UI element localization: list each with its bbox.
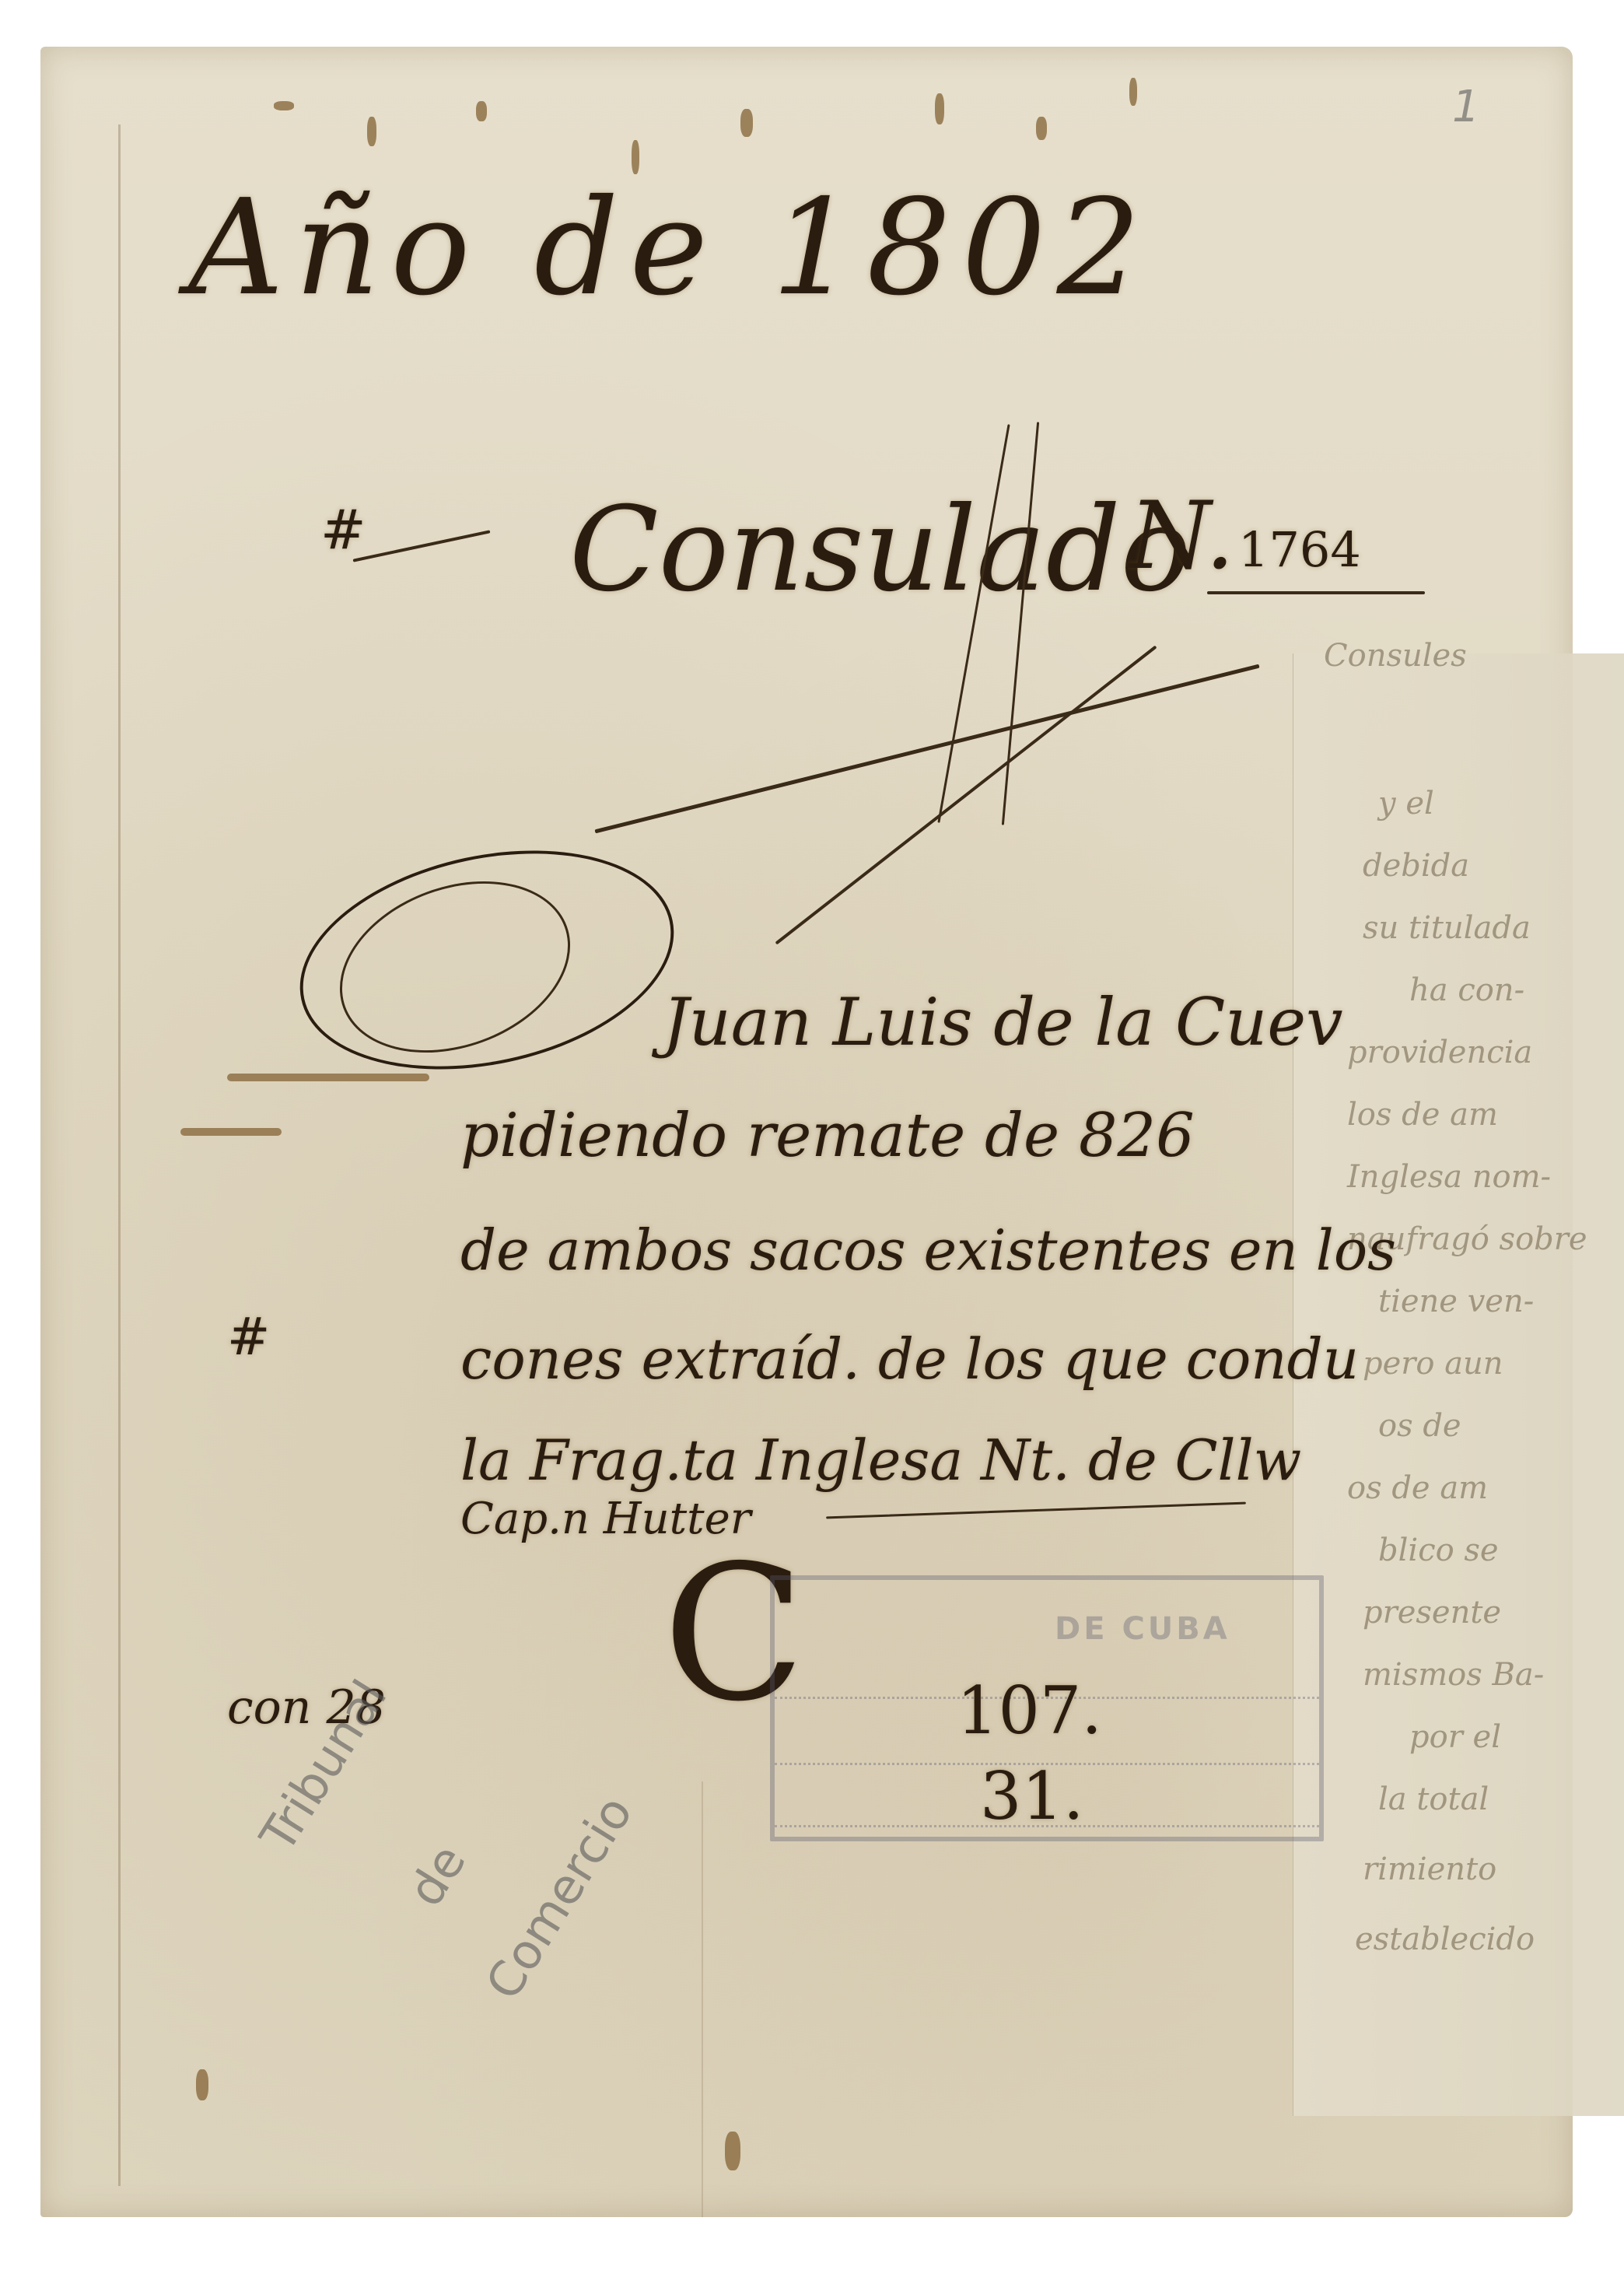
- bleed-through-line: pero aun: [1363, 1346, 1503, 1382]
- body-line-request: pidiendo remate de 826: [460, 1101, 1195, 1171]
- bleed-through-line: y el: [1378, 786, 1434, 821]
- bleed-through-line: por el: [1409, 1719, 1501, 1755]
- corner-page-number: 1: [1452, 82, 1480, 132]
- number-underline: [1207, 591, 1425, 594]
- paper-damage: [274, 101, 294, 110]
- margin-tick-stroke: [353, 530, 491, 562]
- bleed-through-line: su titulada: [1363, 910, 1531, 946]
- body-line-sacks: de ambos sacos existentes en los: [460, 1217, 1396, 1283]
- flourish-stroke: [594, 664, 1259, 834]
- body-line-petitioner: Juan Luis de la Cuev: [663, 984, 1343, 1060]
- paper-damage: [196, 2069, 208, 2100]
- bleed-through-line: establecido: [1355, 1921, 1535, 1957]
- paper-damage: [632, 140, 639, 174]
- bleed-through-line: presente: [1363, 1595, 1501, 1631]
- bleed-through-line: os de: [1378, 1408, 1461, 1444]
- bottom-fold-line: [702, 1781, 703, 2217]
- spine-fold-line: [118, 124, 121, 2186]
- bleed-through-line: tiene ven-: [1378, 1284, 1534, 1319]
- bleed-through-line: debida: [1363, 848, 1469, 884]
- manuscript-sheet: Consules y el debida su titulada ha con-…: [40, 47, 1573, 2217]
- paper-damage: [367, 117, 376, 146]
- archive-legajo-number: 107.: [957, 1673, 1102, 1749]
- flourish-stroke: [775, 646, 1157, 945]
- archive-item-number: 31.: [980, 1758, 1084, 1834]
- closing-rule: [826, 1502, 1246, 1519]
- number-label: N.: [1129, 482, 1234, 590]
- paper-damage: [740, 109, 753, 137]
- paper-damage: [227, 1074, 429, 1081]
- paper-damage: [1036, 117, 1047, 140]
- institution-heading: Consulado: [569, 482, 1191, 618]
- bleed-through-line: Consules: [1324, 638, 1467, 674]
- margin-tick-mark: #: [227, 1307, 270, 1367]
- pencil-note-comercio: Comercio: [474, 1786, 643, 2009]
- bleed-through-line: ha con-: [1409, 972, 1524, 1008]
- archive-stamp-text: DE CUBA: [1055, 1611, 1230, 1647]
- bleed-through-line: blico se: [1378, 1533, 1499, 1568]
- bleed-through-line: la total: [1378, 1781, 1489, 1817]
- paper-damage: [725, 2132, 740, 2170]
- bleed-through-line: los de am: [1347, 1097, 1498, 1133]
- paper-damage: [476, 101, 487, 121]
- bleed-through-line: os de am: [1347, 1470, 1488, 1506]
- body-line-cargo: cones extraíd. de los que condu: [460, 1326, 1359, 1392]
- paper-damage: [935, 93, 944, 124]
- pencil-note-de: de: [397, 1835, 477, 1916]
- bleed-through-line: rimiento: [1363, 1851, 1496, 1887]
- bleed-through-line: mismos Ba-: [1363, 1657, 1544, 1693]
- file-number: 1764: [1238, 521, 1361, 578]
- year-heading: Año de 1802: [188, 171, 1152, 325]
- bleed-through-line: Inglesa nom-: [1347, 1159, 1551, 1195]
- margin-tick-mark: #: [320, 498, 366, 562]
- body-line-frigate: la Frag.ta Inglesa Nt. de Cllw: [460, 1428, 1301, 1493]
- bleed-through-line: providencia: [1347, 1035, 1532, 1070]
- paper-damage: [180, 1128, 282, 1136]
- paper-damage: [1129, 78, 1137, 106]
